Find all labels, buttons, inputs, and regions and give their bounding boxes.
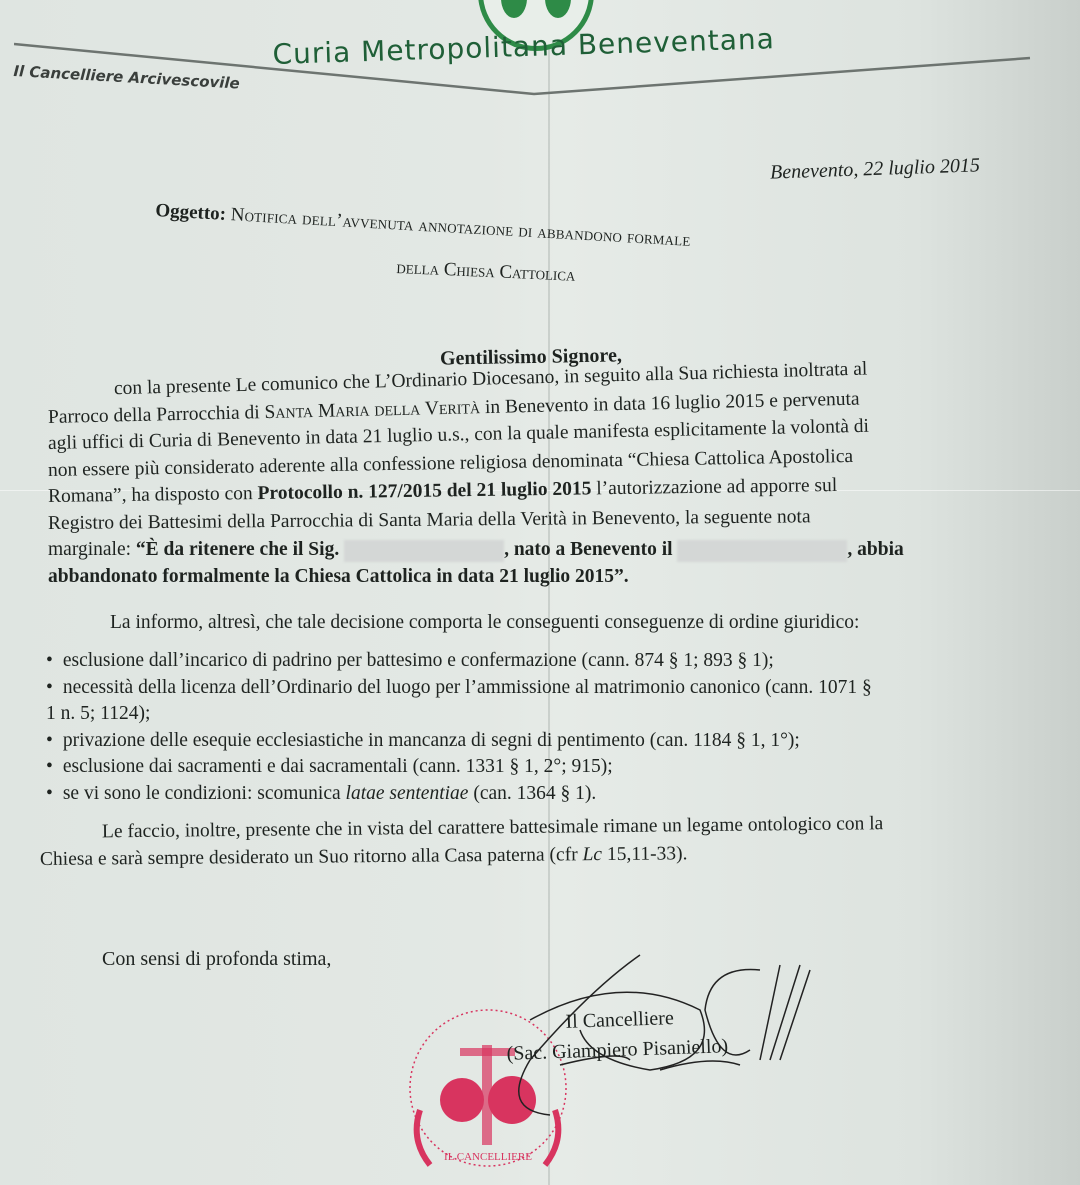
paragraph-1: con la presente Le comunico che L’Ordina… (48, 378, 904, 590)
svg-text:IL CANCELLIERE: IL CANCELLIERE (444, 1151, 532, 1163)
consequences-list: esclusione dall’incarico di padrino per … (46, 648, 872, 807)
list-item: esclusione dai sacramenti e dai sacramen… (46, 754, 872, 781)
list-item: esclusione dall’incarico di padrino per … (46, 648, 872, 675)
list-item: se vi sono le condizioni: scomunica lata… (46, 781, 872, 808)
signatory-block: Il Cancelliere (Sac. Giampiero Pisaniell… (565, 1001, 729, 1067)
p1-line-7: marginale: “È da ritenere che il Sig. , … (48, 537, 904, 564)
p1-line-8: abbandonato formalmente la Chiesa Cattol… (48, 564, 904, 591)
paragraph-3: Le faccio, inoltre, presente che in vist… (40, 820, 883, 873)
date-line: Benevento, 22 luglio 2015 (770, 154, 981, 184)
closing-salutation: Con sensi di profonda stima, (102, 948, 331, 971)
subject-label: Oggetto: (155, 200, 227, 225)
paragraph-2: La informo, altresì, che tale decisione … (110, 610, 859, 637)
list-item-continuation: 1 n. 5; 1124); (46, 701, 872, 728)
redacted-name (344, 540, 504, 562)
redacted-birthdate (677, 540, 847, 562)
subject-text-1: Notifica dell’avvenuta annotazione di ab… (230, 204, 691, 251)
list-item: privazione delle esequie ecclesiastiche … (46, 728, 872, 755)
list-item: necessità della licenza dell’Ordinario d… (46, 675, 872, 702)
subject-line: Oggetto: Notifica dell’avvenuta annotazi… (155, 200, 691, 252)
